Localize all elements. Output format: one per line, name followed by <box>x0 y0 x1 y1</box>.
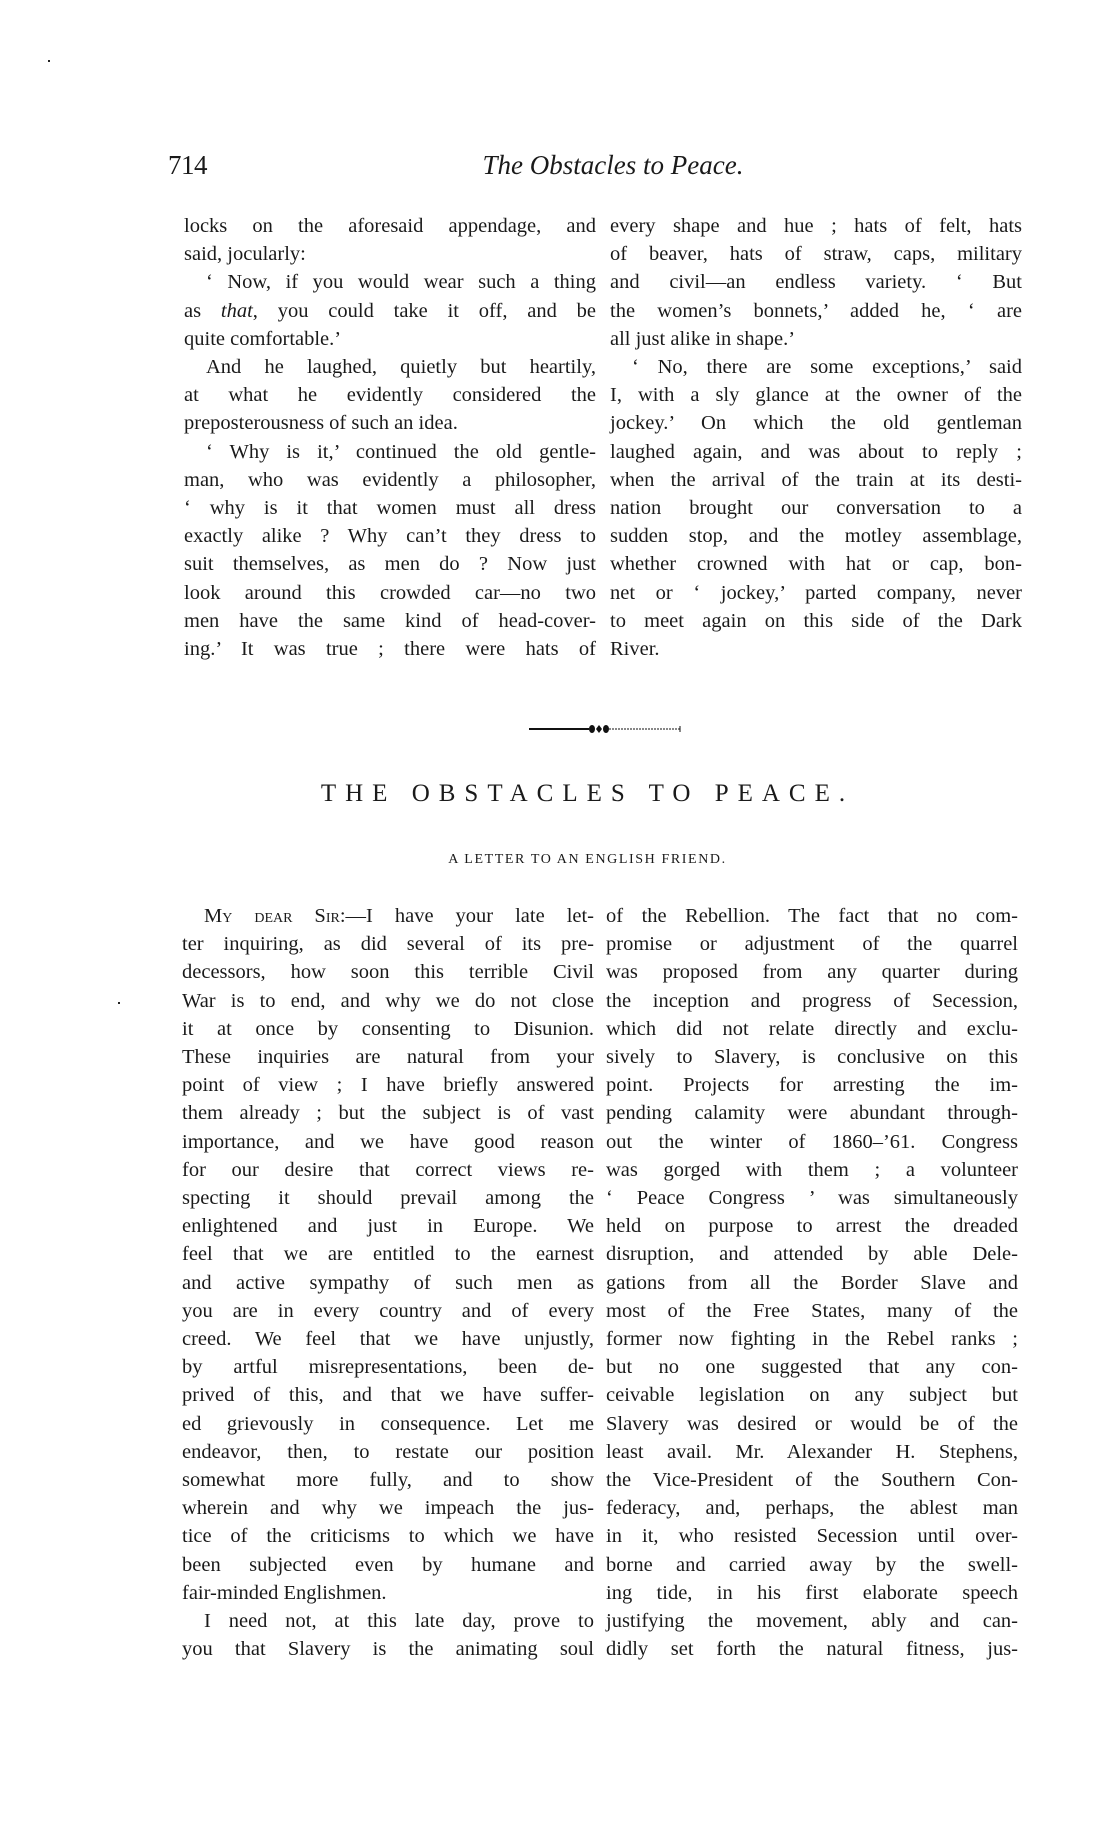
text-line: suit themselves, as men do ? Now just <box>184 550 596 578</box>
text-line: in it, who resisted Secession until over… <box>606 1522 1018 1550</box>
text-line: prived of this, and that we have suffer- <box>182 1381 594 1409</box>
text-line: specting it should prevail among the <box>182 1184 594 1212</box>
text-line: And he laughed, quietly but heartily, <box>184 353 596 381</box>
text-line: of beaver, hats of straw, caps, military <box>610 240 1022 268</box>
scan-speck <box>48 60 50 62</box>
text-line: for our desire that correct views re- <box>182 1156 594 1184</box>
text-line: ing tide, in his first elaborate speech <box>606 1579 1018 1607</box>
text-line: at what he evidently considered the <box>184 381 596 409</box>
text-line: ceivable legislation on any subject but <box>606 1381 1018 1409</box>
text-line: These inquiries are natural from your <box>182 1043 594 1071</box>
previous-article-right-column: every shape and hue ; hats of felt, hats… <box>610 212 1022 663</box>
text-line: somewhat more fully, and to show <box>182 1466 594 1494</box>
article-left-column: My dear Sir:—I have your late let- ter i… <box>182 902 594 1663</box>
text-line: didly set forth the natural fitness, jus… <box>606 1635 1018 1663</box>
salutation: My dear Sir <box>204 905 340 927</box>
book-page: 714 The Obstacles to Peace. locks on the… <box>0 0 1120 1825</box>
text-line: preposterousness of such an idea. <box>184 409 596 437</box>
text-line: ‘ Now, if you would wear such a thing <box>184 268 596 296</box>
text-line: locks on the aforesaid appendage, and <box>184 212 596 240</box>
text-line: point. Projects for arresting the im- <box>606 1071 1018 1099</box>
text-line: the Vice-President of the Southern Con- <box>606 1466 1018 1494</box>
text-line: least avail. Mr. Alexander H. Stephens, <box>606 1438 1018 1466</box>
text-line: sudden stop, and the motley assemblage, <box>610 522 1022 550</box>
text-line: you that Slavery is the animating soul <box>182 1635 594 1663</box>
text-line: feel that we are entitled to the earnest <box>182 1240 594 1268</box>
text-line: River. <box>610 635 1022 663</box>
text-line: laughed again, and was about to reply ; <box>610 438 1022 466</box>
text-line: ed grievously in consequence. Let me <box>182 1410 594 1438</box>
text-line: ‘ No, there are some exceptions,’ said <box>610 353 1022 381</box>
text-line: sively to Slavery, is conclusive on this <box>606 1043 1018 1071</box>
text-line: creed. We feel that we have unjustly, <box>182 1325 594 1353</box>
text-line: point of view ; I have briefly answered <box>182 1071 594 1099</box>
text-line: decessors, how soon this terrible Civil <box>182 958 594 986</box>
section-divider-ornament-icon <box>529 722 681 736</box>
article-title: THE OBSTACLES TO PEACE. <box>0 780 1120 808</box>
text-line: when the arrival of the train at its des… <box>610 466 1022 494</box>
scan-speck <box>118 1002 120 1004</box>
text-line: net or ‘ jockey,’ parted company, never <box>610 579 1022 607</box>
previous-article-left-column: locks on the aforesaid appendage, and sa… <box>184 212 596 663</box>
running-head: 714 The Obstacles to Peace. <box>168 150 1018 190</box>
text-line: nation brought our conversation to a <box>610 494 1022 522</box>
text-line: was proposed from any quarter during <box>606 958 1018 986</box>
text-line: promise or adjustment of the quarrel <box>606 930 1018 958</box>
text-line: been subjected even by humane and <box>182 1551 594 1579</box>
text-line-italic-that: as that, you could take it off, and be <box>184 297 596 325</box>
text-line: look around this crowded car—no two <box>184 579 596 607</box>
text-line: men have the same kind of head-cover- <box>184 607 596 635</box>
text-line: it at once by consenting to Disunion. <box>182 1015 594 1043</box>
emphasis-that: that <box>221 300 253 322</box>
text-line: man, who was evidently a philosopher, <box>184 466 596 494</box>
text-line: enlightened and just in Europe. We <box>182 1212 594 1240</box>
text-line: exactly alike ? Why can’t they dress to <box>184 522 596 550</box>
text-line: ter inquiring, as did several of its pre… <box>182 930 594 958</box>
text-line-salutation: My dear Sir:—I have your late let- <box>182 902 594 930</box>
text-line: and civil—an endless variety. ‘ But <box>610 268 1022 296</box>
text-line: endeavor, then, to restate our position <box>182 1438 594 1466</box>
text-line: all just alike in shape.’ <box>610 325 1022 353</box>
text-line: every shape and hue ; hats of felt, hats <box>610 212 1022 240</box>
text-line: and active sympathy of such men as <box>182 1269 594 1297</box>
text-line: the inception and progress of Secession, <box>606 987 1018 1015</box>
text-line: you are in every country and of every <box>182 1297 594 1325</box>
text-line: ‘ why is it that women must all dress <box>184 494 596 522</box>
text-line: disruption, and attended by able Dele- <box>606 1240 1018 1268</box>
text-line: to meet again on this side of the Dark <box>610 607 1022 635</box>
text-line: the women’s bonnets,’ added he, ‘ are <box>610 297 1022 325</box>
text-line: whether crowned with hat or cap, bon- <box>610 550 1022 578</box>
text-line: I need not, at this late day, prove to <box>182 1607 594 1635</box>
text-line: which did not relate directly and exclu- <box>606 1015 1018 1043</box>
text-line: I, with a sly glance at the owner of the <box>610 381 1022 409</box>
text-line: borne and carried away by the swell- <box>606 1551 1018 1579</box>
text-line: jockey.’ On which the old gentleman <box>610 409 1022 437</box>
text-line: wherein and why we impeach the jus- <box>182 1494 594 1522</box>
text-line: ing.’ It was true ; there were hats of <box>184 635 596 663</box>
text-line: most of the Free States, many of the <box>606 1297 1018 1325</box>
running-title: The Obstacles to Peace. <box>168 150 1018 181</box>
text-line: Slavery was desired or would be of the <box>606 1410 1018 1438</box>
text-line: ‘ Peace Congress ’ was simultaneously <box>606 1184 1018 1212</box>
text-line: justifying the movement, ably and can- <box>606 1607 1018 1635</box>
text-line: said, jocularly: <box>184 240 596 268</box>
text-line: War is to end, and why we do not close <box>182 987 594 1015</box>
text-line: but no one suggested that any con- <box>606 1353 1018 1381</box>
text-line: them already ; but the subject is of vas… <box>182 1099 594 1127</box>
text-line: ‘ Why is it,’ continued the old gentle- <box>184 438 596 466</box>
text-line: out the winter of 1860–’61. Congress <box>606 1128 1018 1156</box>
text-line: pending calamity were abundant through- <box>606 1099 1018 1127</box>
text-line: gations from all the Border Slave and <box>606 1269 1018 1297</box>
text-line: fair-minded Englishmen. <box>182 1579 594 1607</box>
text-line: of the Rebellion. The fact that no com- <box>606 902 1018 930</box>
text-line: tice of the criticisms to which we have <box>182 1522 594 1550</box>
article-right-column: of the Rebellion. The fact that no com- … <box>606 902 1018 1663</box>
text-line: importance, and we have good reason <box>182 1128 594 1156</box>
text-line: was gorged with them ; a volunteer <box>606 1156 1018 1184</box>
text-line: federacy, and, perhaps, the ablest man <box>606 1494 1018 1522</box>
article-subtitle: A LETTER TO AN ENGLISH FRIEND. <box>0 852 1120 868</box>
salutation-continuation: :—I have your late let- <box>340 905 594 927</box>
text-line: former now fighting in the Rebel ranks ; <box>606 1325 1018 1353</box>
text-line: held on purpose to arrest the dreaded <box>606 1212 1018 1240</box>
text-line: quite comfortable.’ <box>184 325 596 353</box>
text-line: by artful misrepresentations, been de- <box>182 1353 594 1381</box>
